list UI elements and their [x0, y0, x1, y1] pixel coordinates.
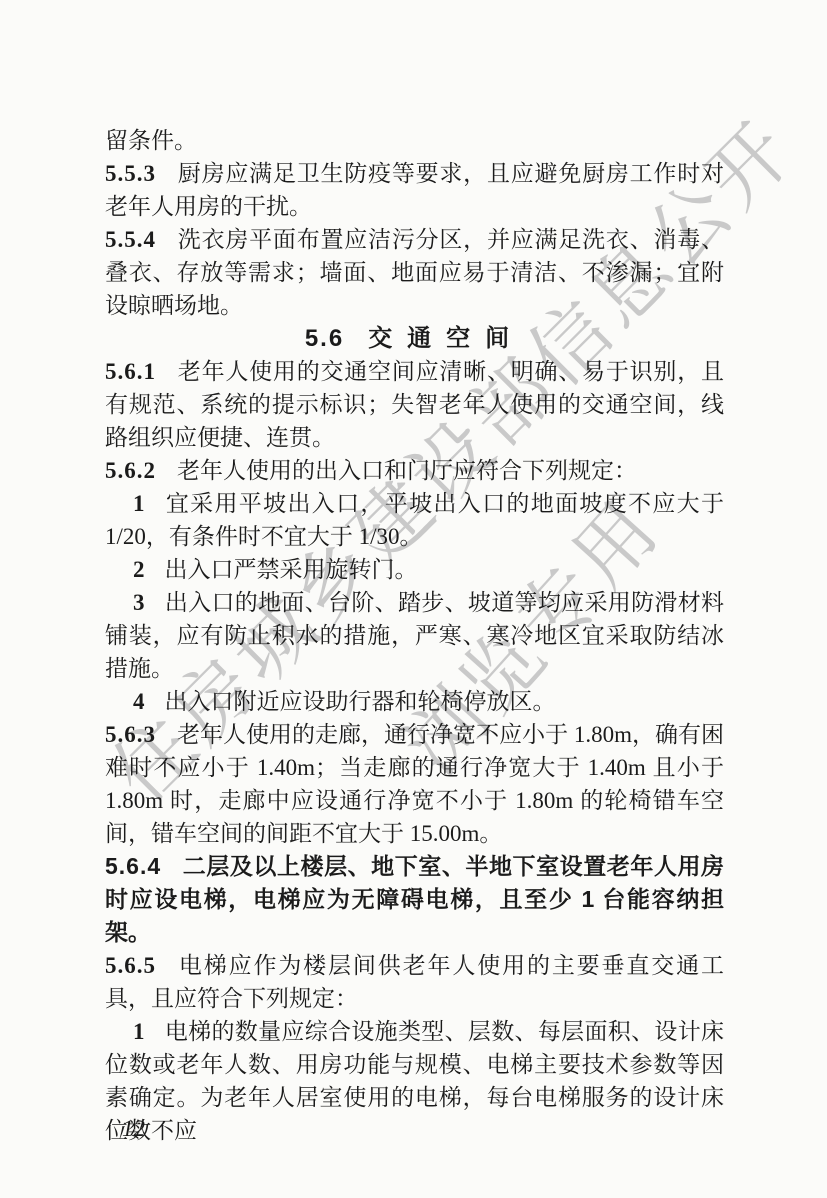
clause-5.5.4: 5.5.4洗衣房平面布置应洁污分区，并应满足洗衣、消毒、叠衣、存放等需求；墙面、… — [105, 223, 724, 322]
continuation-body: 留条件。 — [105, 128, 197, 153]
clause-body: 厨房应满足卫生防疫等要求，且应避免厨房工作时对老年人用房的干扰。 — [105, 161, 724, 219]
clause-body: 老年人使用的出入口和门厅应符合下列规定： — [177, 458, 637, 483]
clause-5.6.2: 5.6.2老年人使用的出入口和门厅应符合下列规定： — [105, 454, 724, 487]
clause-body: 老年人使用的走廊，通行净宽不应小于 1.80m，确有困难时不应小于 1.40m；… — [105, 722, 724, 846]
subitem-number: 3 — [133, 590, 146, 615]
clause-number: 5.5.3 — [105, 161, 156, 186]
subitem-5.6.2-2: 2出入口严禁采用旋转门。 — [105, 553, 724, 586]
subitem-number: 1 — [133, 491, 146, 516]
clause-body: 二层及以上楼层、地下室、半地下室设置老年人用房时应设电梯，电梯应为无障碍电梯，且… — [105, 853, 724, 945]
subitem-body: 电梯的数量应综合设施类型、层数、每层面积、设计床位数或老年人数、用房功能与规模、… — [105, 1019, 724, 1143]
page-text-column: 留条件。 5.5.3厨房应满足卫生防疫等要求，且应避免厨房工作时对老年人用房的干… — [105, 124, 724, 1147]
continuation-text: 留条件。 — [105, 124, 724, 157]
subitem-number: 2 — [133, 557, 146, 582]
clause-number: 5.6.5 — [105, 953, 156, 978]
subitem-5.6.2-1: 1宜采用平坡出入口，平坡出入口的地面坡度不应大于 1/20，有条件时不宜大于 1… — [105, 487, 724, 553]
subitem-body: 出入口附近应设助行器和轮椅停放区。 — [165, 689, 556, 714]
page-number: 12 — [122, 1116, 145, 1142]
section-title: 交通空间 — [368, 325, 524, 352]
clause-body: 洗衣房平面布置应洁污分区，并应满足洗衣、消毒、叠衣、存放等需求；墙面、地面应易于… — [105, 227, 724, 318]
subitem-5.6.2-4: 4出入口附近应设助行器和轮椅停放区。 — [105, 685, 724, 718]
clause-5.6.1: 5.6.1老年人使用的交通空间应清晰、明确、易于识别，且有规范、系统的提示标识；… — [105, 355, 724, 454]
subitem-body: 宜采用平坡出入口，平坡出入口的地面坡度不应大于 1/20，有条件时不宜大于 1/… — [105, 491, 724, 549]
section-heading-5.6: 5.6交通空间 — [105, 322, 724, 355]
subitem-body: 出入口严禁采用旋转门。 — [165, 557, 418, 582]
clause-number: 5.6.1 — [105, 359, 156, 384]
subitem-5.6.2-3: 3出入口的地面、台阶、踏步、坡道等均应采用防滑材料铺装，应有防止积水的措施，严寒… — [105, 586, 724, 685]
subitem-number: 4 — [133, 689, 146, 714]
clause-5.6.5: 5.6.5电梯应作为楼层间供老年人使用的主要垂直交通工具，且应符合下列规定： — [105, 949, 724, 1015]
clause-body: 老年人使用的交通空间应清晰、明确、易于识别，且有规范、系统的提示标识；失智老年人… — [105, 359, 724, 450]
clause-number: 5.5.4 — [105, 227, 156, 252]
clause-body: 电梯应作为楼层间供老年人使用的主要垂直交通工具，且应符合下列规定： — [105, 953, 724, 1011]
scanned-standard-page: { "page": { "number": "12", "paper_color… — [0, 0, 827, 1198]
clause-5.6.4: 5.6.4二层及以上楼层、地下室、半地下室设置老年人用房时应设电梯，电梯应为无障… — [105, 850, 724, 949]
clause-5.6.3: 5.6.3老年人使用的走廊，通行净宽不应小于 1.80m，确有困难时不应小于 1… — [105, 718, 724, 850]
clause-number: 5.6.4 — [105, 853, 161, 879]
section-number: 5.6 — [305, 325, 344, 352]
subitem-5.6.5-1: 1电梯的数量应综合设施类型、层数、每层面积、设计床位数或老年人数、用房功能与规模… — [105, 1015, 724, 1147]
clause-number: 5.6.2 — [105, 458, 156, 483]
subitem-body: 出入口的地面、台阶、踏步、坡道等均应采用防滑材料铺装，应有防止积水的措施，严寒、… — [105, 590, 724, 681]
clause-5.5.3: 5.5.3厨房应满足卫生防疫等要求，且应避免厨房工作时对老年人用房的干扰。 — [105, 157, 724, 223]
clause-number: 5.6.3 — [105, 722, 156, 747]
subitem-number: 1 — [133, 1019, 146, 1044]
